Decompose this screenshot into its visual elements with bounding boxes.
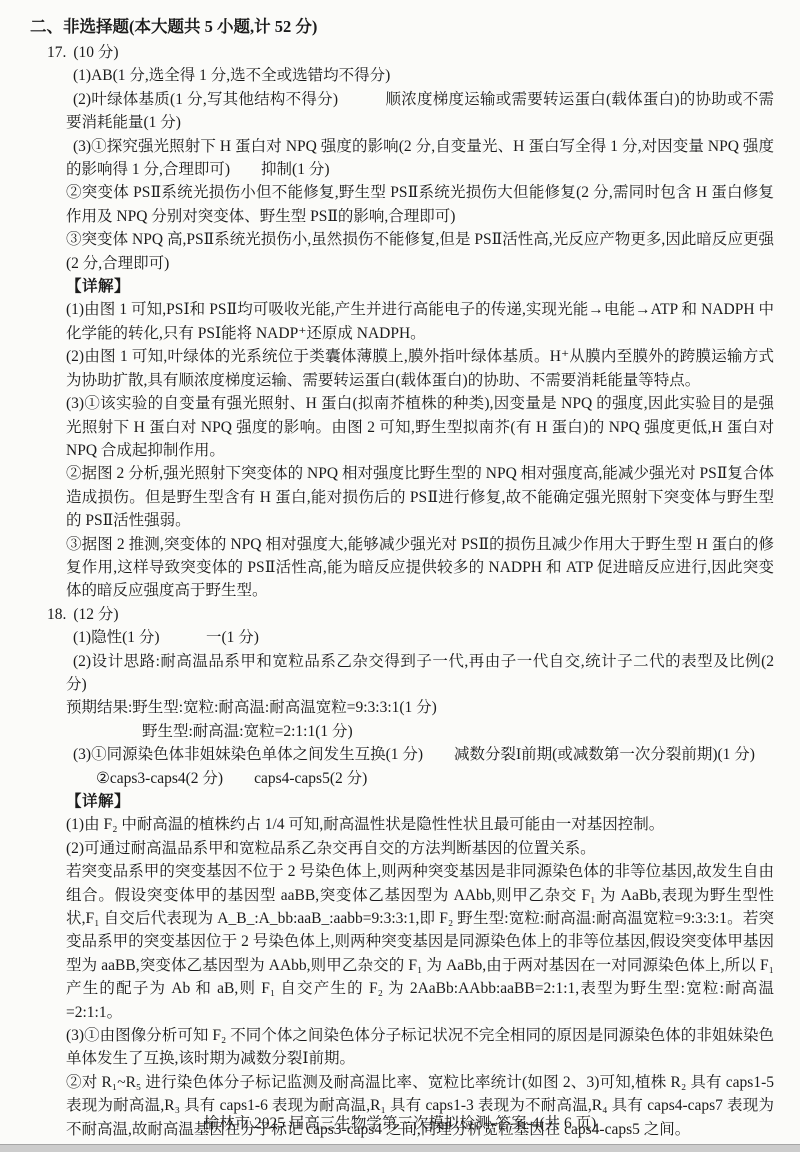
q18-answer-2: (2)设计思路:耐高温品系甲和宽粒品系乙杂交得到子一代,再由子一代自交,统计子二… — [66, 650, 774, 697]
q18-points: (12 分) — [73, 606, 118, 623]
q18-answer-2-expected: 预期结果:野生型:宽粒:耐高温:耐高温宽粒=9:3:3:1(1 分) — [66, 696, 774, 719]
q17-answer-3-2: ②突变体 PSⅡ系统光损伤小但不能修复,野生型 PSⅡ系统光损伤大但能修复(2 … — [66, 181, 774, 228]
question-18-block: 18.(12 分) (1)隐性(1 分) 一(1 分) (2)设计思路:耐高温品… — [0, 603, 800, 1141]
q18-header: 18.(12 分) — [47, 603, 800, 626]
q17-detail-2: (2)由图 1 可知,叶绿体的光系统位于类囊体薄膜上,膜外指叶绿体基质。H⁺从膜… — [66, 345, 774, 392]
q17-detail-1: (1)由图 1 可知,PSⅠ和 PSⅡ均可吸收光能,产生并进行高能电子的传递,实… — [66, 298, 774, 345]
q18-detail-3-1: (3)①由图像分析可知 F₂ 不同个体之间染色体分子标记状况不完全相同的原因是同… — [66, 1024, 774, 1071]
q17-answer-3-3: ③突变体 NPQ 高,PSⅡ系统光损伤小,虽然损伤不能修复,但是 PSⅡ活性高,… — [66, 228, 774, 275]
q17-detail-3-1: (3)①该实验的自变量有强光照射、H 蛋白(拟南芥植株的种类),因变量是 NPQ… — [66, 392, 774, 462]
q18-detail-2-long: 若突变品系甲的突变基因不位于 2 号染色体上,则两种突变基因是非同源染色体的非等… — [66, 860, 774, 1024]
q18-number: 18. — [47, 606, 66, 623]
q18-answer-3-1: (3)①同源染色体非姐妹染色单体之间发生互换(1 分) 减数分裂I前期(或减数第… — [66, 743, 774, 766]
q17-answer-1: (1)AB(1 分,选全得 1 分,选不全或选错均不得分) — [66, 64, 774, 87]
question-17-block: 17.(10 分) (1)AB(1 分,选全得 1 分,选不全或选错均不得分) … — [0, 41, 800, 603]
document-page: 二、非选择题(本大题共 5 小题,计 52 分) 17.(10 分) (1)AB… — [0, 0, 800, 1141]
q18-detail-1: (1)由 F₂ 中耐高温的植株约占 1/4 可知,耐高温性状是隐性性状且最可能由… — [66, 813, 774, 836]
q18-detail-2: (2)可通过耐高温品系甲和宽粒品系乙杂交再自交的方法判断基因的位置关系。 — [66, 837, 774, 860]
q17-answer-2: (2)叶绿体基质(1 分,写其他结构不得分) 顺浓度梯度运输或需要转运蛋白(载体… — [66, 88, 774, 135]
q18-detail-label: 【详解】 — [66, 790, 774, 813]
q17-detail-label: 【详解】 — [66, 275, 774, 298]
section-heading: 二、非选择题(本大题共 5 小题,计 52 分) — [30, 14, 774, 39]
scan-edge-artifact — [0, 1144, 800, 1152]
page-footer: 榆林市 2025 届高三生物学第三次模拟检测-答案-4(共 6 页) — [0, 1113, 800, 1135]
q18-answer-2-expected-2: 野生型:耐高温:宽粒=2:1:1(1 分) — [142, 720, 774, 743]
q17-answer-3-1: (3)①探究强光照射下 H 蛋白对 NPQ 强度的影响(2 分,自变量光、H 蛋… — [66, 135, 774, 182]
q17-header: 17.(10 分) — [47, 41, 800, 64]
q17-number: 17. — [47, 44, 66, 61]
q18-answer-3-2: ②caps3-caps4(2 分) caps4-caps5(2 分) — [96, 767, 774, 790]
q17-points: (10 分) — [73, 44, 118, 61]
q17-detail-3-2: ②据图 2 分析,强光照射下突变体的 NPQ 相对强度比野生型的 NPQ 相对强… — [66, 462, 774, 532]
q18-answer-1: (1)隐性(1 分) 一(1 分) — [66, 626, 774, 649]
q17-detail-3-3: ③据图 2 推测,突变体的 NPQ 相对强度大,能够减少强光对 PSⅡ的损伤且减… — [66, 533, 774, 603]
